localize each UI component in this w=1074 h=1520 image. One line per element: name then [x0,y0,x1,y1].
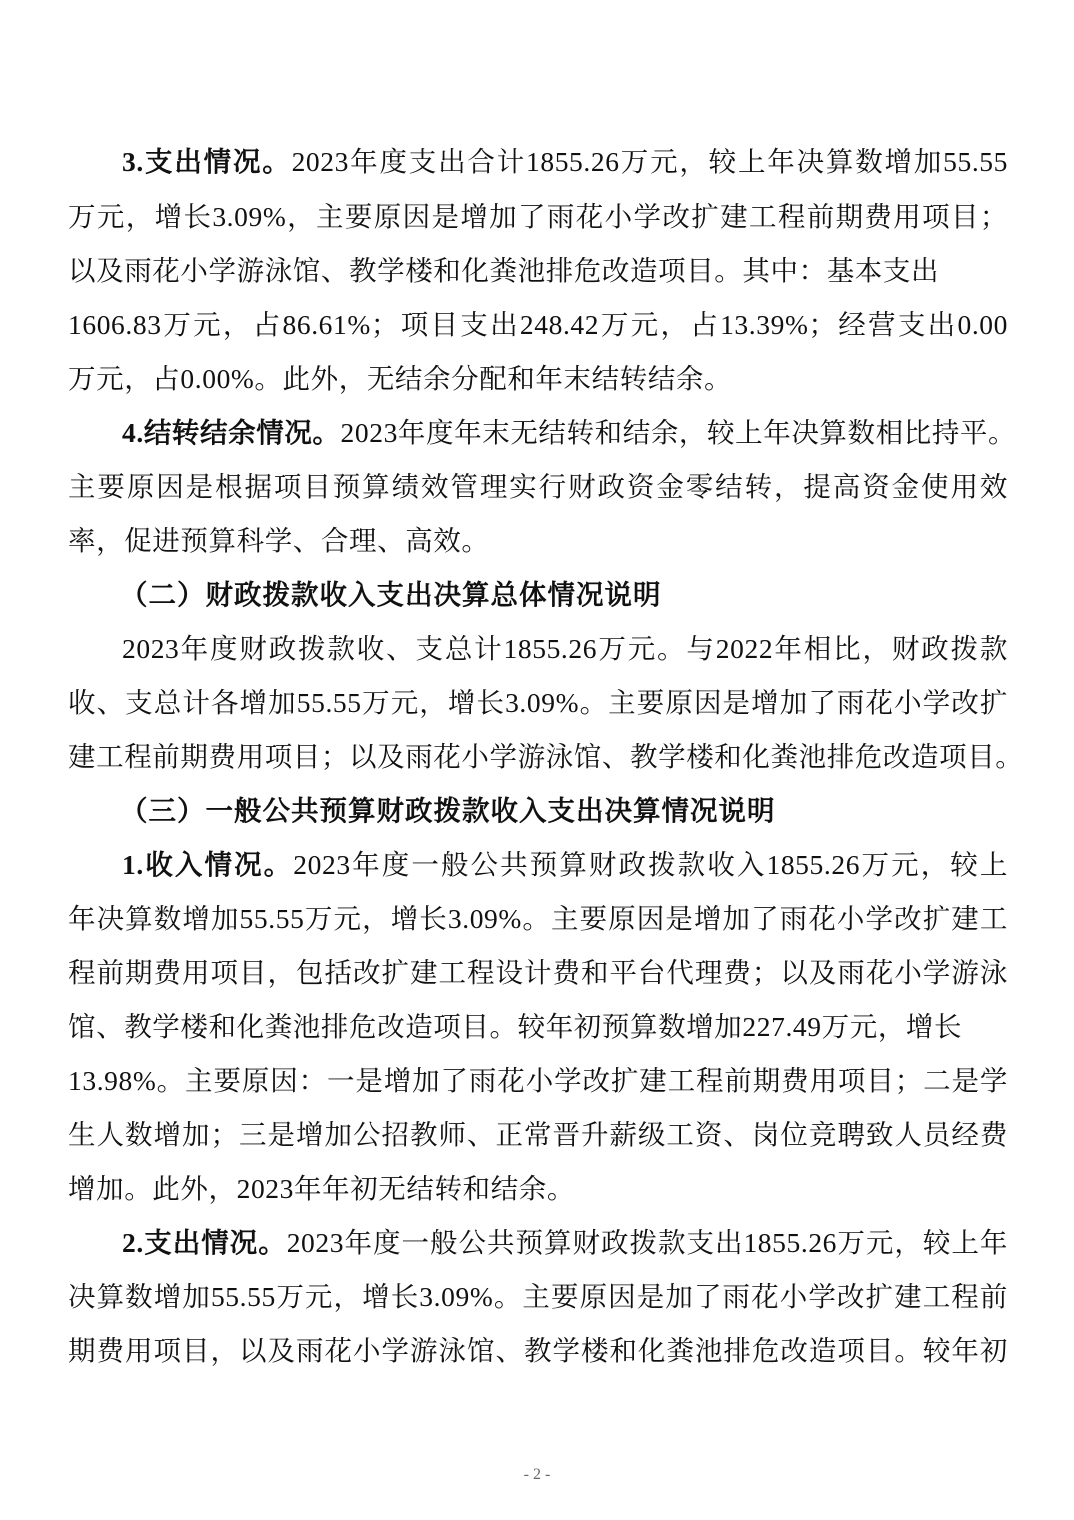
paragraph-lead: 4.结转结余情况。 [122,417,341,448]
paragraph-text: 2023年度一般公共预算财政拨款收入1855.26万元，较上 [293,849,1008,880]
paragraph-line: 决算数增加55.55万元，增长3.09%。主要原因是加了雨花小学改扩建工程前 [68,1277,1008,1317]
paragraph-line: 1.收入情况。2023年度一般公共预算财政拨款收入1855.26万元，较上 [122,845,1008,885]
paragraph-line: 程前期费用项目，包括改扩建工程设计费和平台代理费；以及雨花小学游泳 [68,953,1008,993]
paragraph-line: 1606.83万元，占86.61%；项目支出248.42万元，占13.39%；经… [68,305,1008,345]
paragraph-line: 馆、教学楼和化粪池排危改造项目。较年初预算数增加227.49万元，增长 [68,1007,962,1047]
paragraph-text: 2023年度支出合计1855.26万元，较上年决算数增加55.55 [292,146,1008,177]
paragraph-line: 收、支总计各增加55.55万元，增长3.09%。主要原因是增加了雨花小学改扩 [68,683,1008,723]
paragraph-text: 2023年度年末无结转和结余，较上年决算数相比持平。 [341,417,1017,448]
paragraph-line: 2023年度财政拨款收、支总计1855.26万元。与2022年相比，财政拨款 [122,629,1008,669]
paragraph-line: 万元，增长3.09%，主要原因是增加了雨花小学改扩建工程前期费用项目； [68,197,1008,237]
section-heading: （三）一般公共预算财政拨款收入支出决算情况说明 [120,791,776,831]
paragraph-lead: 3.支出情况。 [122,146,292,177]
paragraph-line: 4.结转结余情况。2023年度年末无结转和结余，较上年决算数相比持平。 [122,413,1008,453]
paragraph-line: 万元，占0.00%。此外，无结余分配和年末结转结余。 [68,359,732,399]
paragraph-line: 主要原因是根据项目预算绩效管理实行财政资金零结转，提高资金使用效 [68,467,1008,507]
paragraph-line: 2.支出情况。2023年度一般公共预算财政拨款支出1855.26万元，较上年 [122,1223,1008,1263]
paragraph-line: 年决算数增加55.55万元，增长3.09%。主要原因是增加了雨花小学改扩建工 [68,899,1008,939]
paragraph-line: 率，促进预算科学、合理、高效。 [68,521,490,561]
paragraph-line: 13.98%。主要原因：一是增加了雨花小学改扩建工程前期费用项目；二是学 [68,1061,1008,1101]
section-heading: （二）财政拨款收入支出决算总体情况说明 [120,575,662,615]
page-number: - 2 - [0,1466,1074,1484]
paragraph-line: 以及雨花小学游泳馆、教学楼和化粪池排危改造项目。其中：基本支出 [68,251,939,291]
paragraph-line: 3.支出情况。2023年度支出合计1855.26万元，较上年决算数增加55.55 [122,142,1008,182]
paragraph-lead: 2.支出情况。 [122,1227,287,1258]
paragraph-line: 期费用项目，以及雨花小学游泳馆、教学楼和化粪池排危改造项目。较年初 [68,1331,1008,1371]
paragraph-line: 生人数增加；三是增加公招教师、正常晋升薪级工资、岗位竞聘致人员经费 [68,1115,1008,1155]
paragraph-line: 增加。此外，2023年年初无结转和结余。 [68,1169,575,1209]
paragraph-line: 建工程前期费用项目；以及雨花小学游泳馆、教学楼和化粪池排危改造项目。 [68,737,1008,777]
paragraph-lead: 1.收入情况。 [122,849,293,880]
paragraph-text: 2023年度一般公共预算财政拨款支出1855.26万元，较上年 [287,1227,1008,1258]
